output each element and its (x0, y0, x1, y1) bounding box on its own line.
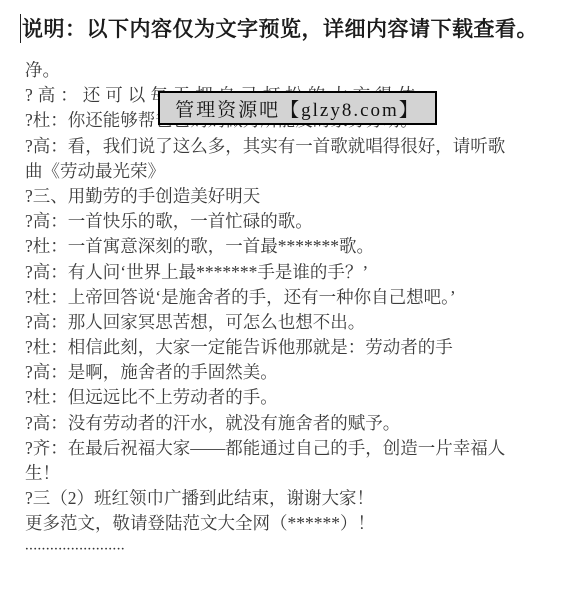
text-line: ?高：是啊，施舍者的手固然美。 (25, 360, 505, 385)
text-line: 更多范文，敬请登陆范文大全网（******）！ (25, 511, 505, 536)
text-line: ?高：看，我们说了这么多，其实有一首歌就唱得很好，请听歌 (25, 134, 505, 159)
text-line: 净。 (25, 58, 505, 83)
text-line: ?杜：但远远比不上劳动者的手。 (25, 385, 505, 410)
document-preview-page: 说明：以下内容仅为文字预览，详细内容请下载查看。 净。 ?高：还可以每天把自己打… (0, 0, 578, 600)
text-line: ?高：有人问‘世界上最*******手是谁的手？’ (25, 260, 505, 285)
text-line: ?三、用勤劳的手创造美好明天 (25, 184, 505, 209)
text-line: ?高：那人回家冥思苦想，可怎么也想不出。 (25, 310, 505, 335)
document-body: 净。 ?高：还可以每天把自己打扮的大方得体 ?杜：你还能够帮爸爸妈妈做力所能及的… (25, 58, 505, 562)
dots-row: ························ (25, 537, 505, 562)
text-line: 曲《劳动最光荣》 (25, 159, 505, 184)
text-line: ?高：没有劳动者的汗水，就没有施舍者的赋予。 (25, 411, 505, 436)
text-line: ?杜：一首寓意深刻的歌，一首最*******歌。 (25, 234, 505, 259)
text-line: 生！ (25, 461, 505, 486)
glzy8-watermark-badge: 管理资源吧【glzy8.com】 (158, 91, 437, 125)
text-line: ?杜：上帝回答说‘是施舍者的手，还有一种你自己想吧。’ (25, 285, 505, 310)
text-cursor (20, 14, 21, 43)
text-line: ?杜：相信此刻，大家一定能告诉他那就是：劳动者的手 (25, 335, 505, 360)
text-line: ?高：一首快乐的歌，一首忙碌的歌。 (25, 209, 505, 234)
text-line: ?齐：在最后祝福大家——都能通过自己的手，创造一片幸福人 (25, 436, 505, 461)
text-line: ?三（2）班红领巾广播到此结束，谢谢大家！ (25, 486, 505, 511)
preview-notice-heading: 说明：以下内容仅为文字预览，详细内容请下载查看。 (22, 13, 538, 43)
